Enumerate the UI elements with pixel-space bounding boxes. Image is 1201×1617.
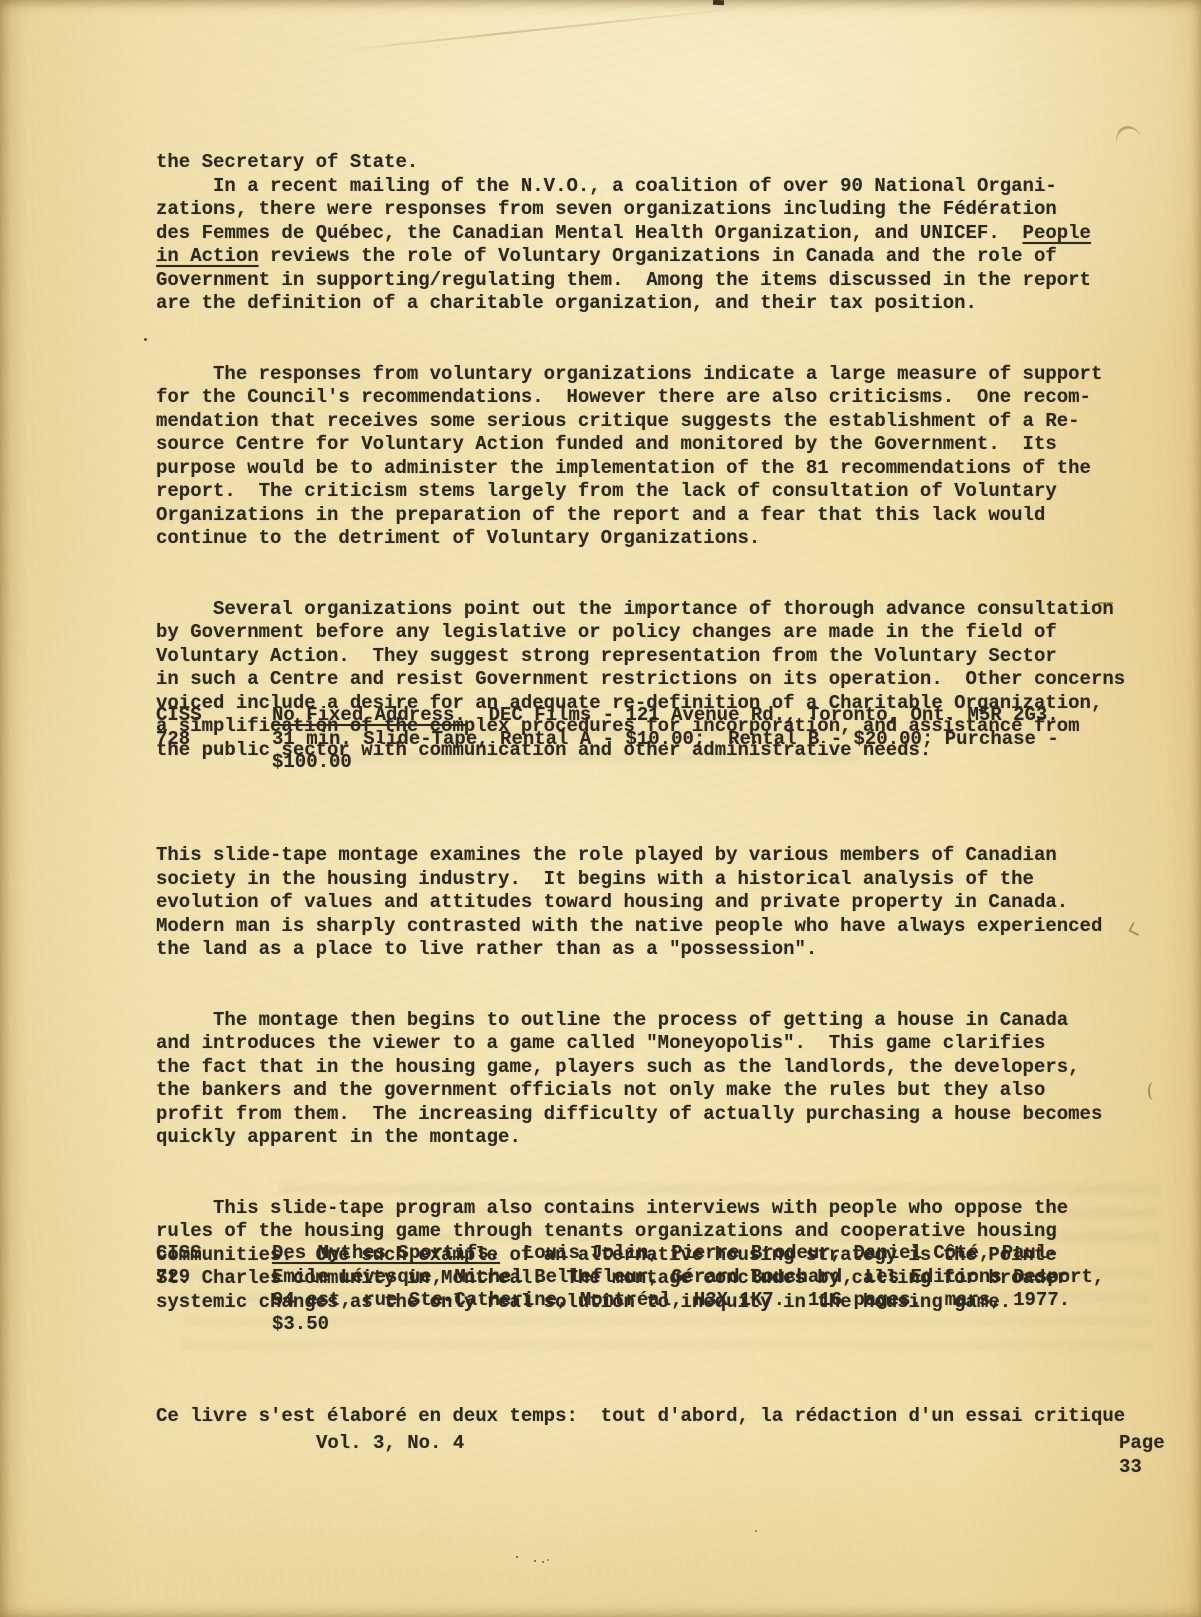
paper-crease [331,6,759,53]
ink-speck [144,338,147,341]
footer-page-number: Page 33 [1119,1432,1165,1479]
entry-id: CISS 728 [156,704,272,775]
paragraph: The responses from voluntary organizatio… [156,363,1148,551]
paragraph: the Secretary of State. In a recent mail… [156,151,1148,316]
pen-mark-paren [1148,1082,1158,1100]
entry-citation: No Fixed Address. DEC Films - 121 Avenue… [272,704,1148,775]
catalog-entry-ciss-728: CISS 728 No Fixed Address. DEC Films - 1… [156,704,1148,775]
catalog-entry-ciss-729: CISS 729 Des Mythes Sportifs. Louis Joli… [156,1242,1148,1336]
footer-volume-label: Vol. 3, No. 4 [316,1432,464,1456]
entry-title: Des Mythes Sportifs. [272,1242,500,1264]
paragraph: The montage then begins to outline the p… [156,1009,1148,1150]
entry-citation: Des Mythes Sportifs. Louis Jolin, Pierre… [272,1242,1148,1336]
paragraph-text: reviews the role of Voluntary Organizati… [156,245,1091,314]
paragraph-text: the Secretary of State. In a recent mail… [156,151,1057,244]
scanned-newsletter-page: the Secretary of State. In a recent mail… [0,0,1201,1617]
scan-edge-mark [713,0,724,5]
ink-specks [516,1556,518,1558]
paragraph: This slide-tape montage examines the rol… [156,844,1148,962]
page-footer: Vol. 3, No. 4 Page 33 [156,1432,1148,1462]
entry-title: No Fixed Address. [272,704,466,726]
entry-id: CISS 729 [156,1242,272,1336]
paragraph: Ce livre s'est élaboré en deux temps: to… [156,1405,1148,1429]
